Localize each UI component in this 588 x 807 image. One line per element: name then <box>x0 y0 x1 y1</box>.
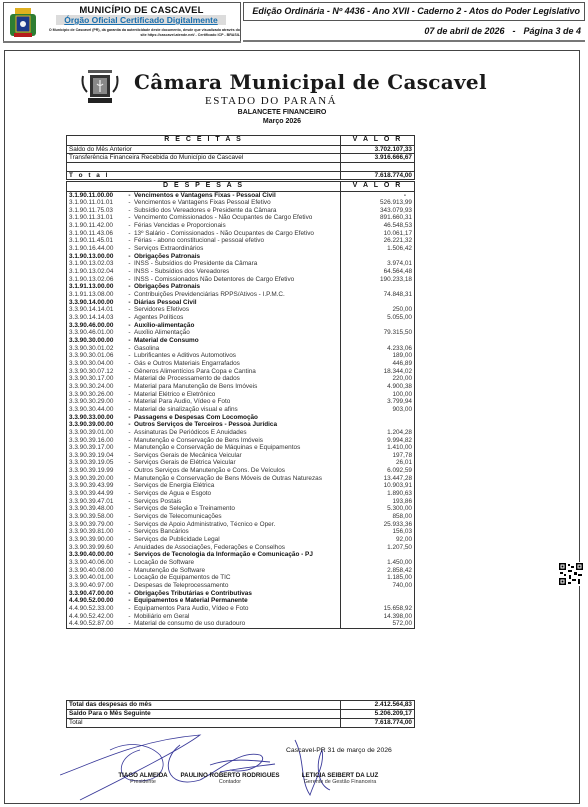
row-description: 3.3.90.30.00.00-Material de Consumo <box>67 337 341 345</box>
row-value: 3.702.107,33 <box>341 145 415 154</box>
dash-separator: - <box>125 437 134 445</box>
account-description: Material Elétrico e Eletrônico <box>134 391 215 398</box>
row-value: 220,00 <box>341 375 415 383</box>
dash-separator: - <box>125 421 134 429</box>
table-row: 3.1.90.16.44.00-Serviços Extraordinários… <box>67 245 415 253</box>
row-value: 740,00 <box>341 582 415 590</box>
row-value: 572,00 <box>341 620 415 628</box>
account-description: Serviços de Água e Esgoto <box>134 490 211 497</box>
account-code: 3.3.90.30.01.06 <box>69 352 125 360</box>
account-description: Anuidades de Associações, Federações e C… <box>134 544 285 551</box>
table-row: 3.3.90.30.07.12-Gêneros Alimentícios Par… <box>67 368 415 376</box>
signer-name: TIAGO ALMEIDA <box>108 772 178 779</box>
row-description: 3.1.90.11.43.06-13º Salário - Comissiona… <box>67 230 341 238</box>
table-row: 3.1.91.13.08.00-Contribuições Previdenci… <box>67 291 415 299</box>
account-code: 3.3.90.39.43.99 <box>69 482 125 490</box>
gazette-header: MUNICÍPIO DE CASCAVEL Órgão Oficial Cert… <box>3 2 241 42</box>
dash-separator: - <box>125 207 134 215</box>
account-description: Serviços de Apoio Administrativo, Técnic… <box>134 521 275 528</box>
row-value: 526.913,99 <box>341 199 415 207</box>
signer-role: Contador <box>175 779 285 785</box>
row-value <box>341 421 415 429</box>
account-code: 3.3.90.30.00.00 <box>69 337 125 345</box>
row-description: 3.3.90.39.90.00-Serviços de Publicidade … <box>67 536 341 544</box>
row-value: 64.564,48 <box>341 268 415 276</box>
row-value: 1.890,63 <box>341 490 415 498</box>
account-code: 3.3.90.30.24.00 <box>69 383 125 391</box>
total-label: T o t a l <box>67 171 341 180</box>
account-code: 3.3.90.33.00.00 <box>69 414 125 422</box>
row-description: 4.4.90.52.42.00-Mobiliário em Geral <box>67 613 341 621</box>
row-description: 3.3.90.39.81.00-Serviços Bancários <box>67 528 341 536</box>
table-row: 3.3.90.39.47.01-Serviços Postais193,86 <box>67 498 415 506</box>
row-description: 3.3.90.46.01.00-Auxílio Alimentação <box>67 329 341 337</box>
dash-separator: - <box>125 528 134 536</box>
account-code: 3.3.90.40.00.00 <box>69 551 125 559</box>
row-description: 3.3.90.39.19.04-Serviços Gerais de Mecân… <box>67 452 341 460</box>
dash-separator: - <box>125 613 134 621</box>
account-description: INSS - Subsídios dos Vereadores <box>134 268 229 275</box>
table-row: 3.3.90.14.14.03-Agentes Políticos5.055,0… <box>67 314 415 322</box>
dash-separator: - <box>125 260 134 268</box>
signer-role: Presidente <box>108 779 178 785</box>
row-value <box>341 551 415 559</box>
row-description: 3.1.90.11.42.00-Férias Vencidas e Propor… <box>67 222 341 230</box>
account-code: 3.1.90.11.42.00 <box>69 222 125 230</box>
dash-separator: - <box>125 482 134 490</box>
account-description: Assinaturas De Periódicos E Anuidades <box>134 429 247 436</box>
table-row: 3.1.90.11.42.00-Férias Vencidas e Propor… <box>67 222 415 230</box>
account-description: Serviços Postais <box>134 498 181 505</box>
dash-separator: - <box>125 429 134 437</box>
table-row: 3.3.90.39.43.99-Serviços de Energia Elét… <box>67 482 415 490</box>
header-divider <box>3 41 241 43</box>
row-description: 3.1.90.13.02.03-INSS - Subsídios do Pres… <box>67 260 341 268</box>
row-value: 197,78 <box>341 452 415 460</box>
account-description: Obrigações Patronais <box>134 283 200 290</box>
account-code: 3.3.90.39.20.00 <box>69 475 125 483</box>
account-code: 3.1.91.13.08.00 <box>69 291 125 299</box>
row-value: 250,00 <box>341 306 415 314</box>
row-value: 3.916.666,67 <box>341 154 415 163</box>
signer-finance-manager: LETICIA SEIBERT DA LUZ Gerente de Gestão… <box>285 772 395 785</box>
receitas-table: R E C E I T A S V A L O R Saldo do Mês A… <box>66 135 415 180</box>
account-code: 3.3.90.30.44.00 <box>69 406 125 414</box>
row-value: 903,00 <box>341 406 415 414</box>
account-description: Vencimentos e Vantagens Fixas Pessoal Ef… <box>134 199 271 206</box>
dash-separator: - <box>125 398 134 406</box>
row-value: 1.506,42 <box>341 245 415 253</box>
summary-row: Total das despesas do mês 2.412.564,83 <box>67 701 415 710</box>
account-description: Manutenção e Conservação de Bens Móveis … <box>134 475 322 482</box>
row-value: 15.658,92 <box>341 605 415 613</box>
row-value: 343.079,93 <box>341 207 415 215</box>
row-value: 14.398,00 <box>341 613 415 621</box>
table-row: 3.3.90.40.97.00-Despesas de Teleprocessa… <box>67 582 415 590</box>
dash-separator: - <box>125 391 134 399</box>
row-description: 3.3.90.39.20.00-Manutenção e Conservação… <box>67 475 341 483</box>
row-description: 3.3.90.30.26.00-Material Elétrico e Elet… <box>67 391 341 399</box>
despesas-header-label: D E S P E S A S <box>67 182 341 192</box>
row-value: 858,00 <box>341 513 415 521</box>
row-description: 3.1.90.13.02.06-INSS - Comissionados Não… <box>67 276 341 284</box>
account-code: 3.3.90.14.00.00 <box>69 299 125 307</box>
total-value: 7.618.774,00 <box>341 171 415 180</box>
state-name: ESTADO DO PARANÁ <box>205 95 337 107</box>
table-row: 3.3.90.39.90.00-Serviços de Publicidade … <box>67 536 415 544</box>
table-row: 3.3.90.39.20.00-Manutenção e Conservação… <box>67 475 415 483</box>
table-row: 3.1.90.13.02.03-INSS - Subsídios do Pres… <box>67 260 415 268</box>
account-code: 3.3.90.39.47.01 <box>69 498 125 506</box>
table-row: 3.3.90.39.16.00-Manutenção e Conservação… <box>67 437 415 445</box>
row-value: 92,00 <box>341 536 415 544</box>
row-description: 3.3.90.40.06.00-Locação de Software <box>67 559 341 567</box>
account-code: 3.3.90.39.19.99 <box>69 467 125 475</box>
dash-separator: - <box>125 268 134 276</box>
dash-separator: - <box>125 283 134 291</box>
table-row: 3.3.90.30.17.00-Material de Processament… <box>67 375 415 383</box>
account-description: Gêneros Alimentícios Para Copa e Cantina <box>134 368 256 375</box>
row-value: 74.848,31 <box>341 291 415 299</box>
dash-separator: - <box>125 414 134 422</box>
row-value: 100,00 <box>341 391 415 399</box>
table-row: Transferência Financeira Recebida do Mun… <box>67 154 415 163</box>
account-code: 3.3.90.39.48.00 <box>69 505 125 513</box>
row-description: 3.3.90.14.00.00-Diárias Pessoal Civil <box>67 299 341 307</box>
dash-separator: - <box>125 306 134 314</box>
table-row: 3.1.91.13.00.00-Obrigações Patronais <box>67 283 415 291</box>
account-code: 3.3.90.14.14.03 <box>69 314 125 322</box>
account-description: Serviços Extraordinários <box>134 245 203 252</box>
account-description: Manutenção de Software <box>134 567 205 574</box>
account-code: 3.3.90.39.44.99 <box>69 490 125 498</box>
account-description: INSS - Comissionados Não Detentores de C… <box>134 276 294 283</box>
dash-separator: - <box>125 245 134 253</box>
account-code: 4.4.90.52.33.00 <box>69 605 125 613</box>
table-row: 3.1.90.11.01.01-Vencimentos e Vantagens … <box>67 199 415 207</box>
account-description: Material de consumo de uso duradouro <box>134 620 245 627</box>
edition-info: Edição Ordinária - Nº 4436 - Ano XVII - … <box>243 2 585 42</box>
account-description: Contribuições Previdenciárias RPPS/Ativo… <box>134 291 285 298</box>
row-value <box>341 283 415 291</box>
row-value: 26,01 <box>341 459 415 467</box>
account-code: 3.1.90.13.02.06 <box>69 276 125 284</box>
row-description: 3.3.90.40.00.00-Serviços de Tecnologia d… <box>67 551 341 559</box>
dash-separator: - <box>125 605 134 613</box>
dash-separator: - <box>125 513 134 521</box>
authenticity-note: O Município de Cascavel (PR), dá garanti… <box>48 28 240 38</box>
account-description: Serviços de Energia Elétrica <box>134 482 214 489</box>
row-description: 3.3.90.46.00.00-Auxílio-alimentação <box>67 322 341 330</box>
table-row: 3.3.90.30.29.00-Material Para Áudio, Víd… <box>67 398 415 406</box>
dash-separator: - <box>125 590 134 598</box>
table-row: 3.3.90.30.01.06-Lubrificantes e Aditivos… <box>67 352 415 360</box>
account-code: 3.1.91.13.00.00 <box>69 283 125 291</box>
row-description: 3.3.90.30.04.00-Gás e Outros Materiais E… <box>67 360 341 368</box>
row-value: 4.233,06 <box>341 345 415 353</box>
account-description: Serviços de Tecnologia da Informação e C… <box>134 551 313 558</box>
account-description: Mobiliário em Geral <box>134 613 189 620</box>
table-row: 3.3.90.14.00.00-Diárias Pessoal Civil <box>67 299 415 307</box>
row-value: 1.410,00 <box>341 444 415 452</box>
table-row: 3.3.90.30.01.02-Gasolina4.233,06 <box>67 345 415 353</box>
account-code: 3.1.90.11.01.01 <box>69 199 125 207</box>
account-code: 3.1.90.13.02.04 <box>69 268 125 276</box>
summary-row: Saldo Para o Mês Seguinte 5.206.209,17 <box>67 710 415 719</box>
row-description: 3.1.90.11.01.01-Vencimentos e Vantagens … <box>67 199 341 207</box>
row-value: 3.974,01 <box>341 260 415 268</box>
account-code: 3.3.90.30.26.00 <box>69 391 125 399</box>
account-code: 3.3.90.39.90.00 <box>69 536 125 544</box>
row-value: 891.660,31 <box>341 214 415 222</box>
dash-separator: - <box>125 406 134 414</box>
dash-separator: - <box>125 567 134 575</box>
table-row: 4.4.90.52.33.00-Equipamentos Para Áudio,… <box>67 605 415 613</box>
table-row: 3.3.90.39.44.99-Serviços de Água e Esgot… <box>67 490 415 498</box>
account-description: Auxílio-alimentação <box>134 322 194 329</box>
row-description: 3.1.91.13.00.00-Obrigações Patronais <box>67 283 341 291</box>
table-row <box>67 162 415 171</box>
account-code: 3.3.90.40.97.00 <box>69 582 125 590</box>
row-value: 18.344,02 <box>341 368 415 376</box>
dash-separator: - <box>125 192 134 200</box>
despesas-table: D E S P E S A S V A L O R 3.1.90.11.00.0… <box>66 181 415 629</box>
row-value <box>341 253 415 261</box>
row-value: 1.207,50 <box>341 544 415 552</box>
row-description: 3.3.90.14.14.01-Servidores Efetivos <box>67 306 341 314</box>
dash-separator: - <box>125 521 134 529</box>
table-row: 3.3.90.40.08.00-Manutenção de Software2.… <box>67 567 415 575</box>
account-code: 3.3.90.39.79.00 <box>69 521 125 529</box>
row-description: 3.3.90.30.29.00-Material Para Áudio, Víd… <box>67 398 341 406</box>
dash-separator: - <box>125 536 134 544</box>
account-code: 3.1.90.11.00.00 <box>69 192 125 200</box>
row-value: 1.450,00 <box>341 559 415 567</box>
chamber-crest-icon <box>80 66 120 106</box>
account-description: Obrigações Tributárias e Contributivas <box>134 590 252 597</box>
table-row: 4.4.90.52.42.00-Mobiliário em Geral14.39… <box>67 613 415 621</box>
account-description: Serviços de Seleção e Treinamento <box>134 505 235 512</box>
dash-separator: - <box>125 360 134 368</box>
row-value: 190.233,18 <box>341 276 415 284</box>
dash-separator: - <box>125 582 134 590</box>
qr-code-icon[interactable] <box>558 562 584 586</box>
table-row: 3.3.90.39.01.00-Assinaturas De Periódico… <box>67 429 415 437</box>
row-description: 3.3.90.39.01.00-Assinaturas De Periódico… <box>67 429 341 437</box>
account-description: Servidores Efetivos <box>134 306 189 313</box>
table-row: 3.3.90.47.00.00-Obrigações Tributárias e… <box>67 590 415 598</box>
row-value <box>341 597 415 605</box>
row-value: 25.933,36 <box>341 521 415 529</box>
account-code: 3.3.90.30.01.02 <box>69 345 125 353</box>
signer-name: LETICIA SEIBERT DA LUZ <box>285 772 395 779</box>
account-description: Locação de Software <box>134 559 194 566</box>
row-value <box>341 162 415 171</box>
summary-label: Total das despesas do mês <box>67 701 341 710</box>
row-value: 13.447,28 <box>341 475 415 483</box>
dash-separator: - <box>125 352 134 360</box>
account-description: Material de Consumo <box>134 337 199 344</box>
account-description: Auxílio Alimentação <box>134 329 190 336</box>
account-description: Lubrificantes e Aditivos Automotivos <box>134 352 236 359</box>
row-value: 189,00 <box>341 352 415 360</box>
table-row: 3.1.90.11.00.00-Vencimentos e Vantagens … <box>67 191 415 199</box>
summary-value: 5.206.209,17 <box>341 710 415 719</box>
table-row: 3.3.90.39.00.00-Outros Serviços de Terce… <box>67 421 415 429</box>
table-row: 3.1.90.11.75.03-Subsídio dos Vereadores … <box>67 207 415 215</box>
account-description: Agentes Políticos <box>134 314 183 321</box>
account-description: Passagens e Despesas Com Locomoção <box>134 414 258 421</box>
table-row: 3.1.90.11.45.01-Férias - abono constituc… <box>67 237 415 245</box>
row-value <box>341 414 415 422</box>
row-description: 3.1.90.16.44.00-Serviços Extraordinários <box>67 245 341 253</box>
row-description: 3.3.90.40.01.00-Locação de Equipamentos … <box>67 574 341 582</box>
table-row: 3.3.90.39.79.00-Serviços de Apoio Admini… <box>67 521 415 529</box>
signer-name: PAULINO ROBERTO RODRIGUES <box>175 772 285 779</box>
row-description: 4.4.90.52.33.00-Equipamentos Para Áudio,… <box>67 605 341 613</box>
row-value: 2.858,42 <box>341 567 415 575</box>
row-value <box>341 322 415 330</box>
dash-separator: - <box>125 222 134 230</box>
table-row: 3.3.90.39.58.00-Serviços de Telecomunica… <box>67 513 415 521</box>
row-description: 3.3.90.39.17.00-Manutenção e Conservação… <box>67 444 341 452</box>
dash-separator: - <box>125 475 134 483</box>
dash-separator: - <box>125 375 134 383</box>
dash-separator: - <box>125 467 134 475</box>
row-label: Saldo do Mês Anterior <box>67 145 341 154</box>
account-description: Outros Serviços de Manutenção e Cons. De… <box>134 467 285 474</box>
dash-separator: - <box>125 505 134 513</box>
account-description: Material para Manutenção de Bens Imóveis <box>134 383 257 390</box>
table-row: 3.3.90.39.19.05-Serviços Gerais de Elétr… <box>67 459 415 467</box>
dash-separator: - <box>125 574 134 582</box>
account-code: 3.3.90.30.07.12 <box>69 368 125 376</box>
table-row: 3.3.90.30.44.00-Material de sinalização … <box>67 406 415 414</box>
row-description: 3.3.90.30.01.06-Lubrificantes e Aditivos… <box>67 352 341 360</box>
account-description: Diárias Pessoal Civil <box>134 299 197 306</box>
row-value: 5.300,00 <box>341 505 415 513</box>
municipal-coat-of-arms-icon <box>8 6 38 39</box>
handwritten-signatures-icon <box>60 720 390 805</box>
dash-separator: - <box>125 345 134 353</box>
row-description: 3.3.90.14.14.03-Agentes Políticos <box>67 314 341 322</box>
row-description: 3.3.90.30.17.00-Material de Processament… <box>67 375 341 383</box>
account-code: 3.1.90.11.45.01 <box>69 237 125 245</box>
row-value: 79.315,50 <box>341 329 415 337</box>
dash-separator: - <box>125 544 134 552</box>
account-code: 3.3.90.39.19.04 <box>69 452 125 460</box>
account-description: Obrigações Patronais <box>134 253 200 260</box>
row-description: 3.3.90.39.79.00-Serviços de Apoio Admini… <box>67 521 341 529</box>
row-value: 1.185,00 <box>341 574 415 582</box>
row-description: 3.3.90.39.44.99-Serviços de Água e Esgot… <box>67 490 341 498</box>
edition-date: 07 de abril de 2026 <box>424 26 504 36</box>
row-value: 10.903,91 <box>341 482 415 490</box>
table-row: 4.4.90.52.87.00-Material de consumo de u… <box>67 620 415 628</box>
signer-role: Gerente de Gestão Financeira <box>285 779 395 785</box>
row-description: 3.1.90.13.00.00-Obrigações Patronais <box>67 253 341 261</box>
row-description: 3.3.90.30.24.00-Material para Manutenção… <box>67 383 341 391</box>
account-description: Subsídio dos Vereadores e Presidente da … <box>134 207 276 214</box>
dash-separator: - <box>125 559 134 567</box>
account-description: Férias - abono constitucional - pessoal … <box>134 237 264 244</box>
table-row: 3.3.90.46.00.00-Auxílio-alimentação <box>67 322 415 330</box>
table-row: 3.3.90.46.01.00-Auxílio Alimentação79.31… <box>67 329 415 337</box>
account-description: Manutenção e Conservação de Máquinas e E… <box>134 444 300 451</box>
row-value: 6.092,59 <box>341 467 415 475</box>
dash-separator: - <box>125 383 134 391</box>
row-description: 3.3.90.39.99.60-Anuidades de Associações… <box>67 544 341 552</box>
account-description: Serviços Gerais de Elétrica Veicular <box>134 459 236 466</box>
account-description: INSS - Subsídios do Presidente da Câmara <box>134 260 257 267</box>
row-value: 26.221,32 <box>341 237 415 245</box>
row-description: 3.3.90.30.01.02-Gasolina <box>67 345 341 353</box>
date-page-line: 07 de abril de 2026-Página 3 de 4 <box>243 21 585 42</box>
table-row: 3.3.90.39.19.04-Serviços Gerais de Mecân… <box>67 452 415 460</box>
account-code: 4.4.90.52.87.00 <box>69 620 125 628</box>
receitas-header: R E C E I T A S V A L O R <box>67 136 415 146</box>
row-value: 5.055,00 <box>341 314 415 322</box>
dash-separator: - <box>125 253 134 261</box>
table-row: 3.3.90.40.06.00-Locação de Software1.450… <box>67 559 415 567</box>
table-row: 3.1.90.11.31.01-Vencimento Comissionados… <box>67 214 415 222</box>
dash-separator: - <box>125 214 134 222</box>
report-period: Março 2026 <box>0 118 576 125</box>
account-code: 3.3.90.47.00.00 <box>69 590 125 598</box>
row-value: 1.204,28 <box>341 429 415 437</box>
row-description: 3.3.90.39.19.05-Serviços Gerais de Elétr… <box>67 459 341 467</box>
row-description: 3.1.90.11.45.01-Férias - abono constituc… <box>67 237 341 245</box>
row-value: 156,03 <box>341 528 415 536</box>
table-row: 3.1.90.13.02.06-INSS - Comissionados Não… <box>67 276 415 284</box>
account-code: 3.1.90.13.02.03 <box>69 260 125 268</box>
dash-separator: - <box>125 459 134 467</box>
dash-separator: - <box>125 314 134 322</box>
dash-separator: - <box>125 322 134 330</box>
row-value: 46.548,53 <box>341 222 415 230</box>
account-description: Despesas de Teleprocessamento <box>134 582 228 589</box>
row-label <box>67 162 341 171</box>
row-description: 3.1.90.11.75.03-Subsídio dos Vereadores … <box>67 207 341 215</box>
dash-separator: - <box>125 597 134 605</box>
row-value: 4.900,38 <box>341 383 415 391</box>
separator: - <box>512 21 515 42</box>
receitas-total-row: T o t a l 7.618.774,00 <box>67 171 415 180</box>
row-label: Transferência Financeira Recebida do Mun… <box>67 154 341 163</box>
table-row: 3.1.90.11.43.06-13º Salário - Comissiona… <box>67 230 415 238</box>
table-row: Saldo do Mês Anterior 3.702.107,33 <box>67 145 415 154</box>
row-description: 3.1.90.13.02.04-INSS - Subsídios dos Ver… <box>67 268 341 276</box>
table-row: 3.3.90.39.19.99-Outros Serviços de Manut… <box>67 467 415 475</box>
account-code: 3.3.90.39.17.00 <box>69 444 125 452</box>
account-description: Locação de Equipamentos de TIC <box>134 574 231 581</box>
account-code: 3.3.90.39.19.05 <box>69 459 125 467</box>
dash-separator: - <box>125 199 134 207</box>
table-row: 3.3.90.39.17.00-Manutenção e Conservação… <box>67 444 415 452</box>
account-description: Material Para Áudio, Vídeo e Foto <box>134 398 230 405</box>
official-organ-link[interactable]: Órgão Oficial Certificado Digitalmente <box>56 15 226 25</box>
row-value: 3.799,94 <box>341 398 415 406</box>
row-description: 4.4.90.52.00.00-Equipamentos e Material … <box>67 597 341 605</box>
row-description: 3.1.90.11.31.01-Vencimento Comissionados… <box>67 214 341 222</box>
edition-line: Edição Ordinária - Nº 4436 - Ano XVII - … <box>243 2 585 21</box>
page-number: Página 3 de 4 <box>523 26 581 36</box>
account-code: 3.3.90.46.01.00 <box>69 329 125 337</box>
account-description: Serviços de Telecomunicações <box>134 513 222 520</box>
row-description: 3.3.90.30.44.00-Material de sinalização … <box>67 406 341 414</box>
table-row: 3.3.90.39.48.00-Serviços de Seleção e Tr… <box>67 505 415 513</box>
row-description: 3.3.90.39.58.00-Serviços de Telecomunica… <box>67 513 341 521</box>
